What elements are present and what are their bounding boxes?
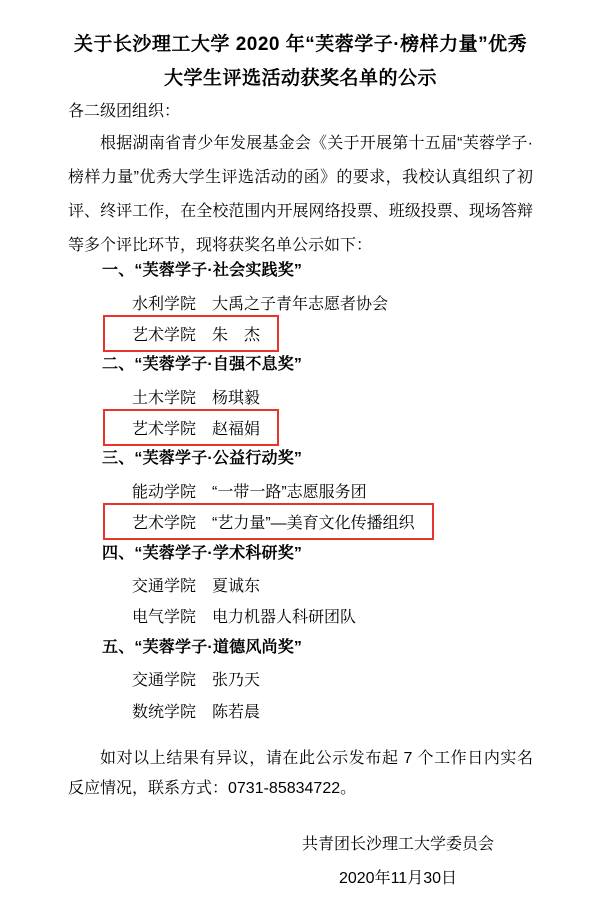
college-name: 艺术学院 [132,416,196,439]
award-item: 艺术学院 “艺力量”—美育文化传播组织 [68,506,533,537]
college-name: 交通学院 [132,667,196,690]
winner-name: 大禹之子青年志愿者协会 [212,291,388,314]
award-item: 数统学院 陈若晨 [68,694,533,725]
college-name: 数统学院 [132,699,196,722]
award-section-heading-3: 三、“芙蓉学子·公益行动奖” [68,443,533,474]
signature-block: 共青团长沙理工大学委员会 2020年11月30日 [298,834,498,890]
college-name: 能动学院 [132,479,196,502]
winner-name: 陈若晨 [212,699,260,722]
winner-name: 赵福娟 [212,416,260,439]
page-title-line-1: 关于长沙理工大学 2020 年“芙蓉学子·榜样力量”优秀 [68,28,533,62]
winner-name: 张乃天 [212,667,260,690]
salutation: 各二级团组织： [68,96,533,127]
winner-name: 朱 杰 [212,322,260,345]
college-name: 土木学院 [132,385,196,408]
signature: 共青团长沙理工大学委员会 [298,834,498,856]
date: 2020年11月30日 [298,868,498,890]
award-section-heading-5: 五、“芙蓉学子·道德风尚奖” [68,632,533,663]
award-section-heading-4: 四、“芙蓉学子·学术科研奖” [68,538,533,569]
winner-name: 夏诚东 [212,573,260,596]
highlight-box: 艺术学院 “艺力量”—美育文化传播组织 [103,503,434,540]
winner-name: “艺力量”—美育文化传播组织 [212,510,415,533]
award-item: 电气学院 电力机器人科研团队 [68,600,533,631]
college-name: 艺术学院 [132,322,196,345]
highlight-box: 艺术学院 朱 杰 [103,315,279,352]
winner-name: “一带一路”志愿服务团 [212,479,367,502]
winner-name: 电力机器人科研团队 [212,604,356,627]
award-item: 艺术学院 朱 杰 [68,318,533,349]
award-item: 交通学院 张乃天 [68,663,533,694]
college-name: 交通学院 [132,573,196,596]
announcement-document: 关于长沙理工大学 2020 年“芙蓉学子·榜样力量”优秀 大学生评选活动获奖名单… [0,0,600,898]
award-section-heading-1: 一、“芙蓉学子·社会实践奖” [68,255,533,286]
page-title: 关于长沙理工大学 2020 年“芙蓉学子·榜样力量”优秀 大学生评选活动获奖名单… [68,28,533,96]
award-item: 艺术学院 赵福娟 [68,412,533,443]
college-name: 水利学院 [132,291,196,314]
highlight-box: 艺术学院 赵福娟 [103,409,279,446]
college-name: 艺术学院 [132,510,196,533]
intro-paragraph: 根据湖南省青少年发展基金会《关于开展第十五届“芙蓉学子·榜样力量”优秀大学生评选… [68,127,533,263]
page-title-line-2: 大学生评选活动获奖名单的公示 [68,62,533,96]
award-item: 土木学院 杨琪毅 [68,381,533,412]
closing-paragraph: 如对以上结果有异议，请在此公示发布起 7 个工作日内实名反应情况，联系方式：07… [68,744,533,805]
award-item: 交通学院 夏诚东 [68,569,533,600]
award-item: 水利学院 大禹之子青年志愿者协会 [68,286,533,317]
winner-name: 杨琪毅 [212,385,260,408]
award-item: 能动学院 “一带一路”志愿服务团 [68,475,533,506]
college-name: 电气学院 [132,604,196,627]
award-section-heading-2: 二、“芙蓉学子·自强不息奖” [68,349,533,380]
award-list: 一、“芙蓉学子·社会实践奖” 水利学院 大禹之子青年志愿者协会 艺术学院 朱 杰… [68,255,533,726]
